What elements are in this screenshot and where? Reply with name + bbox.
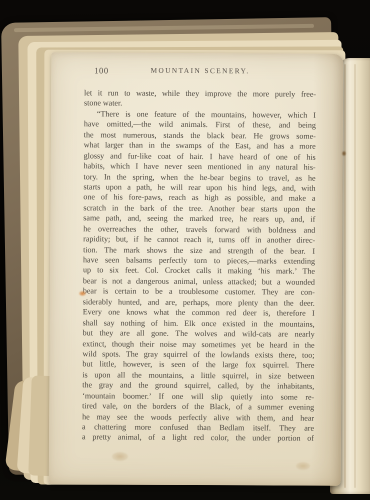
page-text: let it run to waste, while they improve … <box>82 88 316 444</box>
text-line: tired vale, on the borders of the Black,… <box>82 401 314 413</box>
age-spot <box>79 291 86 296</box>
text-line: but they are all gone. The wolves and wi… <box>83 328 315 340</box>
book-page: 100 MOUNTAIN SCENERY. let it run to wast… <box>49 52 344 486</box>
text-line: rapidity; but, if he cannot reach it, tu… <box>83 234 315 246</box>
gutter-streak <box>344 64 346 488</box>
running-head: MOUNTAIN SCENERY. <box>84 65 316 75</box>
page-content: 100 MOUNTAIN SCENERY. let it run to wast… <box>82 65 316 444</box>
page-header: 100 MOUNTAIN SCENERY. <box>84 65 316 77</box>
page-number: 100 <box>94 65 109 75</box>
foxing-spot <box>112 452 128 461</box>
text-line: a pretty animal, of a light red color, t… <box>82 433 314 445</box>
age-spot <box>342 151 346 156</box>
gutter-streak <box>354 64 356 488</box>
foxing-spot <box>296 462 310 470</box>
scanned-book-photo: 100 MOUNTAIN SCENERY. let it run to wast… <box>0 0 370 500</box>
text-line: habits, which I have never seen mentione… <box>84 161 316 173</box>
